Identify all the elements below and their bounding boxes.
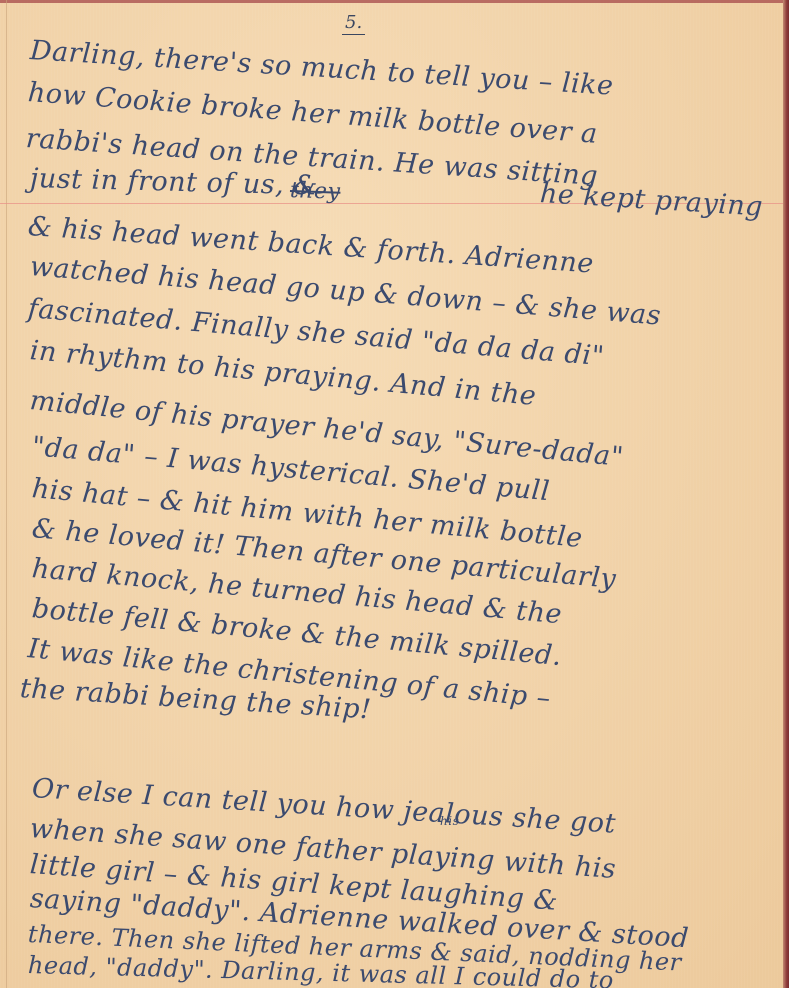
- top-border: [0, 0, 789, 3]
- page-number: 5.: [342, 12, 365, 35]
- left-page-edge: [6, 0, 7, 988]
- handwritten-line: just in front of us, &: [30, 163, 319, 202]
- handwritten-line: he kept praying: [539, 178, 764, 223]
- handwritten-line: they: [290, 178, 341, 205]
- handwritten-insertion: his: [440, 814, 459, 828]
- letter-page: 5. Darling, there's so much to tell you …: [0, 0, 789, 988]
- right-binding-border: [783, 0, 789, 988]
